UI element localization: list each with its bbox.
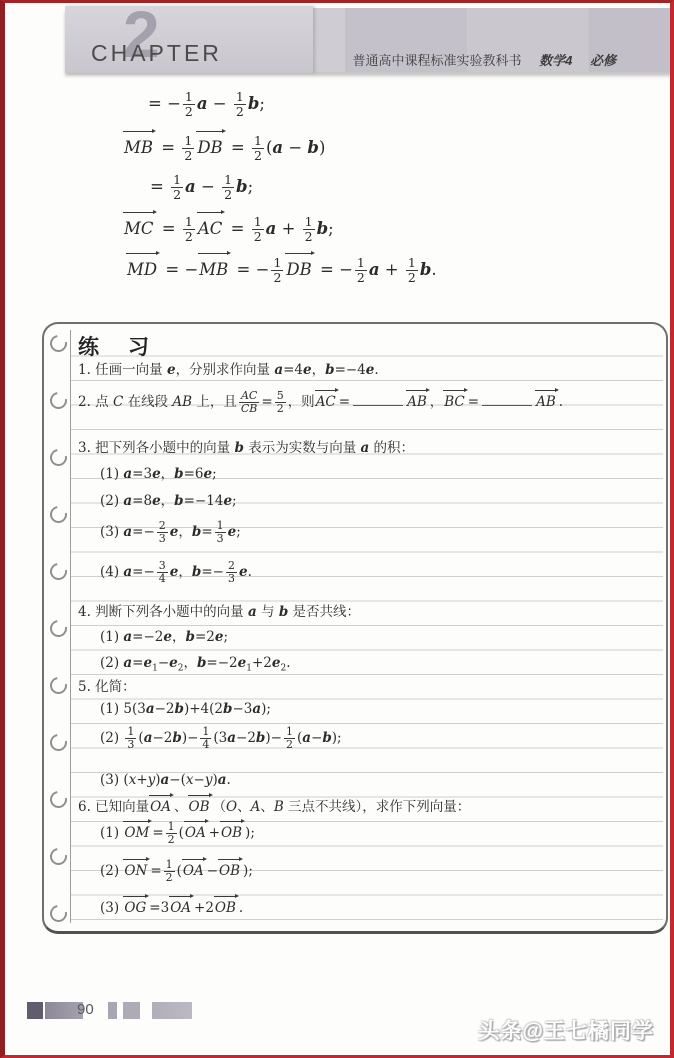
chapter-label: CHAPTER — [91, 40, 222, 67]
binding-ring-icon — [47, 617, 71, 641]
practice-item-5-1: (1) 5(3a−2b)+4(2b−3a); — [100, 699, 271, 719]
practice-item-4-1: (1) a=−2e，b=2e; — [100, 627, 228, 647]
practice-item-3-4: (4) a=−34e，b=−23e. — [100, 560, 252, 585]
solution-line-1: = −12a − 12b; — [148, 89, 265, 119]
binding-ring-icon — [47, 674, 71, 698]
book-title-subject: 数学4 — [539, 53, 572, 68]
practice-item-1: 1. 任画一向量 e，分别求作向量 a=4e，b=−4e. — [78, 360, 379, 380]
practice-item-5-2: (2) 13(a−2b)−14(3a−2b)−12(a−b); — [100, 726, 342, 751]
practice-item-4-2: (2) a=e1−e2，b=−2e1+2e2. — [100, 653, 290, 679]
practice-title: 练 习 — [78, 331, 153, 361]
footer-deco-block — [152, 1002, 192, 1019]
footer-deco-block — [27, 1002, 43, 1019]
solution-line-2: MB = 12DB = 12(a − b) — [123, 131, 325, 163]
margin-divider-line — [70, 330, 71, 923]
chapter-banner: 2 CHAPTER 普通高中课程标准实验教科书 数学4 必修 — [65, 8, 674, 72]
practice-item-6-3: (3) OG=3OA+2OB. — [100, 896, 243, 918]
practice-item-3-3: (3) a=−23e，b=13e; — [100, 520, 241, 545]
book-title-type: 必修 — [590, 53, 616, 68]
book-title: 普通高中课程标准实验教科书 数学4 必修 — [352, 50, 616, 69]
solution-line-3: = 12a − 12b; — [150, 172, 253, 202]
solution-line-5: MD = −MB = −12DB = −12a + 12b. — [126, 253, 437, 285]
binding-ring-icon — [47, 788, 71, 812]
footer-page-number: 90 — [77, 1001, 94, 1018]
binding-ring-icon — [47, 446, 71, 470]
binding-ring-icon — [47, 560, 71, 584]
practice-item-2: 2. 点 C 在线段 AB 上，且ACCB=52，则AC=AB，BC=AB. — [78, 390, 563, 415]
book-title-main: 普通高中课程标准实验教科书 — [352, 53, 521, 68]
practice-item-3: 3. 把下列各小题中的向量 b 表示为实数与向量 a 的积： — [78, 438, 414, 458]
practice-item-3-2: (2) a=8e，b=−14e; — [100, 491, 237, 511]
binding-ring-icon — [47, 731, 71, 755]
practice-item-6: 6. 已知向量OA、OB（O、A、B 三点不共线），求作下列向量： — [78, 795, 470, 817]
solution-line-4: MC = 12AC = 12a + 12b; — [123, 212, 334, 244]
footer-deco-block — [123, 1002, 140, 1019]
practice-item-4: 4. 判断下列各小题中的向量 a 与 b 是否共线： — [78, 602, 360, 622]
binding-ring-icon — [47, 902, 71, 926]
practice-item-3-1: (1) a=3e，b=6e; — [100, 464, 217, 484]
binding-ring-icon — [47, 389, 71, 413]
practice-item-5: 5. 化简： — [78, 677, 136, 697]
binding-ring-icon — [47, 503, 71, 527]
scanned-textbook-page: 2 CHAPTER 普通高中课程标准实验教科书 数学4 必修 = −12a − … — [0, 0, 674, 1058]
practice-item-5-3: (3) (x+y)a−(x−y)a. — [100, 770, 231, 790]
footer-deco-block — [108, 1002, 117, 1019]
practice-item-6-2: (2) ON=12(OA−OB); — [100, 859, 253, 884]
practice-box: 练 习 1. 任画一向量 e，分别求作向量 a=4e，b=−4e. 2. 点 C… — [42, 322, 668, 934]
binding-ring-icon — [47, 845, 71, 869]
watermark-text: 头条@王七橘同学 — [479, 1015, 654, 1045]
binding-ring-icon — [47, 332, 71, 356]
practice-item-6-1: (1) OM=12(OA+OB); — [100, 821, 255, 846]
